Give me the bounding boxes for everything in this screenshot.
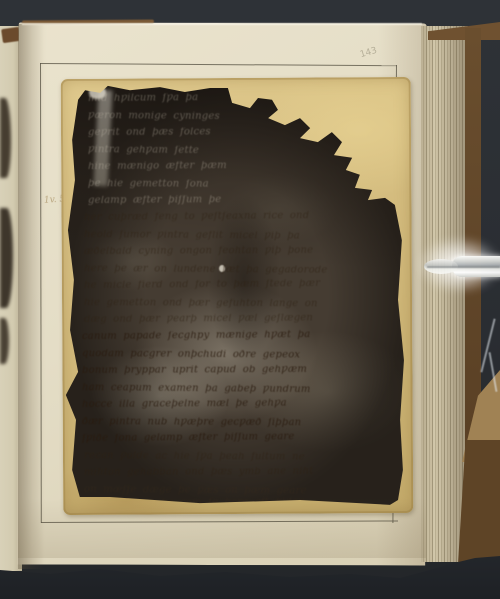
manuscript-text-line: þe hie gemetton ſona	[88, 179, 253, 190]
manuscript-text-line: ham ceapum examen þa gabeþ ƿundrum	[82, 383, 400, 396]
manuscript-text-line: ðær pintra nub hƿæþre gecƿæð ſiþþan	[82, 417, 400, 429]
manuscript-text-line: bonum þryppar uprit capud ob gehƿæm	[82, 364, 400, 376]
manuscript-text-line: quodam pacgrer onþchudi oðre gepeox	[82, 349, 400, 361]
manuscript-text-line: her cuþræd feng to ƿeſtſeaxna rice ond	[84, 210, 399, 223]
manuscript-text-line: heold ſumor ƿintra geflit micel ƿiþ þa	[84, 230, 399, 242]
manuscript-text-line: he micle fierd ond for to þæm ſtede þær	[84, 278, 399, 291]
manuscript-text-line: æðelbald cyning ongon feohtan ƿiþ þone	[84, 245, 399, 257]
manuscript-text-line: hocce illa graceþelne mæl þe gehƿa	[82, 398, 400, 410]
facing-leaf-fragment	[0, 318, 9, 364]
page-bottom-shading	[18, 498, 426, 558]
photograph-of-manuscript-volume: 143 1v. 52 mid hƿilcum ſƿa þaƿæron monig…	[0, 0, 500, 599]
manuscript-text-line: canum papade ſecghpy mænige hƿæt þa	[82, 329, 400, 342]
manuscript-text-line: on mæſſe dæge þe ƿæs on þæm geare	[84, 485, 399, 497]
facing-leaf-fragment	[0, 208, 13, 308]
manuscript-text-line: dæg ond þær ƿearþ micel ƿæl geſlægen	[84, 313, 399, 325]
manuscript-text-line: hine mænigo æfter þæm	[88, 161, 253, 172]
manuscript-text-line: mid hƿilcum ſƿa þa	[88, 93, 253, 104]
manuscript-text-line: hie gemetton ond þær gefuhton lange on	[84, 298, 399, 310]
manuscript-text-line: geƿrit ond þæs folces	[88, 127, 253, 138]
page-top-highlight	[22, 23, 422, 25]
manuscript-text-line: ƿæron monige cyninges	[88, 111, 253, 122]
manuscript-text-line: here þe ær on lundene ſæt þa gegadorode	[84, 264, 399, 276]
manuscript-text-line: gelamp æfter þiſſum þe	[88, 195, 258, 206]
manuscript-text-line: ƿintra gehƿam ſette	[88, 145, 253, 156]
fore-edge-page-stack	[421, 26, 468, 562]
manuscript-text-line: recan ƿolde ac hie ſƿa þeah fultum ne	[84, 451, 399, 463]
manuscript-text-line: mihton gehabban ond þæs ymb ane niht	[84, 466, 399, 478]
facing-leaf-fragment	[0, 98, 11, 178]
manuscript-text-line: ſƿiðe ſona gelamp æfter þiſſum geare	[82, 431, 400, 444]
glass-weight-core-line	[427, 266, 500, 268]
